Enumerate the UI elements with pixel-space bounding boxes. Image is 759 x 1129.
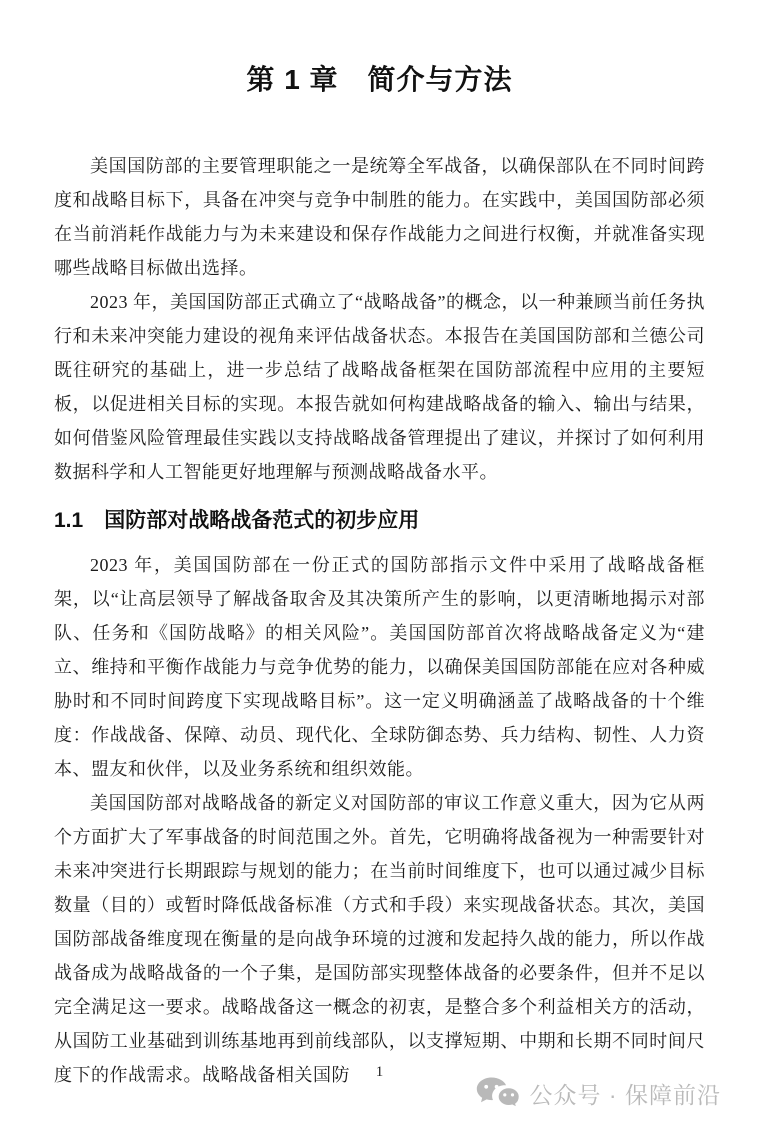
watermark-label: 公众号 · 保障前沿 — [530, 1077, 721, 1110]
intro-paragraph-1: 美国国防部的主要管理职能之一是统筹全军战备，以确保部队在不同时间跨度和战略目标下… — [54, 149, 705, 285]
document-page: 第 1 章 简介与方法 美国国防部的主要管理职能之一是统筹全军战备，以确保部队在… — [0, 0, 759, 1129]
intro-paragraph-2: 2023 年，美国国防部正式确立了“战略战备”的概念，以一种兼顾当前任务执行和未… — [54, 285, 705, 489]
chapter-title: 第 1 章 简介与方法 — [54, 62, 705, 97]
section-heading-1-1: 1.1 国防部对战略战备范式的初步应用 — [54, 506, 705, 536]
section-paragraph-2: 美国国防部对战略战备的新定义对国防部的审议工作意义重大，因为它从两个方面扩大了军… — [54, 786, 705, 1092]
section-paragraph-1: 2023 年，美国国防部在一份正式的国防部指示文件中采用了战略战备框架，以“让高… — [54, 548, 705, 786]
page-number: 1 — [376, 1064, 384, 1080]
page-content: 第 1 章 简介与方法 美国国防部的主要管理职能之一是统筹全军战备，以确保部队在… — [0, 0, 759, 1092]
watermark: 公众号 · 保障前沿 — [475, 1076, 721, 1111]
wechat-icon — [475, 1076, 521, 1111]
